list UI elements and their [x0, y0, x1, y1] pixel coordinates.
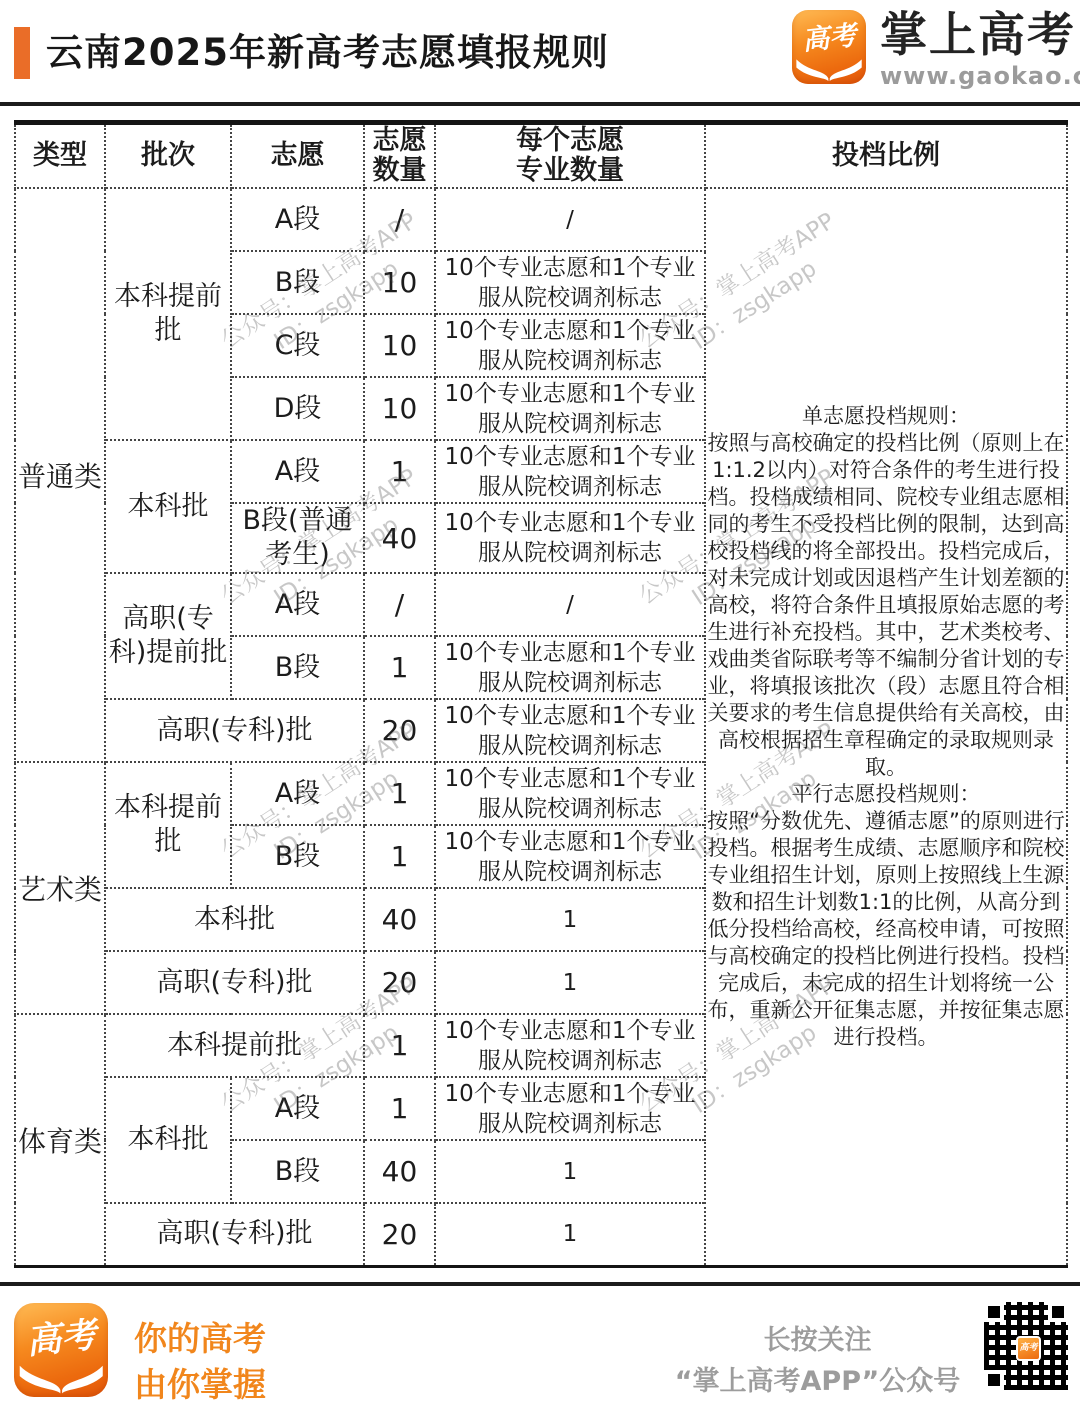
qr-finder-icon — [1048, 1302, 1068, 1322]
cell-majors: 10个专业志愿和1个专业服从院校调剂标志 — [435, 636, 705, 699]
slogan-line-1: 你的高考 — [134, 1316, 266, 1362]
cell-count: 20 — [364, 951, 435, 1014]
cell-segment: B段 — [231, 1140, 364, 1203]
cell-count: 10 — [364, 314, 435, 377]
brand-text: 掌上高考 www.gaokao.cn — [880, 10, 1080, 90]
table-header-row: 类型 批次 志愿 志愿 数量 每个志愿 专业数量 投档比例 — [15, 123, 1067, 189]
cell-segment: A段 — [231, 1077, 364, 1140]
cell-count: 10 — [364, 251, 435, 314]
cell-majors: 10个专业志愿和1个专业服从院校调剂标志 — [435, 762, 705, 825]
cell-segment: B段(普通考生) — [231, 503, 364, 573]
cell-segment: A段 — [231, 573, 364, 636]
cell-batch: 本科提前批 — [105, 188, 231, 440]
brand-url: www.gaokao.cn — [880, 62, 1080, 90]
qr-center-logo: 高考 — [1016, 1336, 1041, 1361]
cell-count: 40 — [364, 1140, 435, 1203]
brand-block: 高考 掌上高考 www.gaokao.cn — [792, 10, 1080, 90]
gaokao-logo-glyph: 高考 — [792, 12, 866, 59]
cell-type-sports: 体育类 — [15, 1014, 105, 1266]
cell-type-general: 普通类 — [15, 188, 105, 762]
qr-finder-icon — [984, 1370, 1004, 1390]
cell-batch-merged: 本科提前批 — [105, 1014, 364, 1077]
poster-canvas: 云南2025年新高考志愿填报规则 高考 掌上高考 www.gaokao.cn 类… — [0, 0, 1080, 1419]
header-divider — [0, 102, 1080, 106]
col-header-majors: 每个志愿 专业数量 — [435, 123, 705, 189]
cell-majors: 10个专业志愿和1个专业服从院校调剂标志 — [435, 440, 705, 503]
cell-count: 20 — [364, 699, 435, 762]
footer-divider — [0, 1282, 1080, 1286]
cell-batch: 高职(专科)提前批 — [105, 573, 231, 699]
cell-segment: D段 — [231, 377, 364, 440]
col-header-segment: 志愿 — [231, 123, 364, 189]
follow-line-1: 长按关注 — [620, 1320, 1015, 1361]
cell-segment: A段 — [231, 188, 364, 251]
cell-majors: 10个专业志愿和1个专业服从院校调剂标志 — [435, 251, 705, 314]
cell-batch: 本科提前批 — [105, 762, 231, 888]
cell-count: 40 — [364, 503, 435, 573]
cell-count: / — [364, 188, 435, 251]
cell-segment: B段 — [231, 825, 364, 888]
cell-majors: 10个专业志愿和1个专业服从院校调剂标志 — [435, 314, 705, 377]
cell-count: 1 — [364, 440, 435, 503]
cell-count: 20 — [364, 1203, 435, 1266]
gaokao-app-icon: 高考 — [792, 10, 866, 84]
cell-majors: 1 — [435, 1203, 705, 1266]
footer-slogan: 你的高考 由你掌握 — [134, 1316, 266, 1408]
cell-majors: 1 — [435, 888, 705, 951]
cell-segment: B段 — [231, 251, 364, 314]
cell-count: 1 — [364, 762, 435, 825]
qr-finder-icon — [984, 1302, 1004, 1322]
cell-majors: / — [435, 573, 705, 636]
cell-segment: C段 — [231, 314, 364, 377]
follow-line-2: “掌上高考APP”公众号 — [620, 1361, 1015, 1402]
open-book-icon — [18, 1364, 104, 1395]
gaokao-app-icon-footer: 高考 — [14, 1303, 108, 1397]
cell-segment: A段 — [231, 440, 364, 503]
col-header-count: 志愿 数量 — [364, 123, 435, 189]
cell-majors: 10个专业志愿和1个专业服从院校调剂标志 — [435, 699, 705, 762]
slogan-line-2: 由你掌握 — [134, 1362, 266, 1408]
col-header-policy: 投档比例 — [705, 123, 1067, 189]
gaokao-logo-glyph: 高考 — [14, 1306, 108, 1366]
cell-majors: 10个专业志愿和1个专业服从院校调剂标志 — [435, 825, 705, 888]
cell-batch-merged: 本科批 — [105, 888, 364, 951]
cell-count: / — [364, 573, 435, 636]
title-accent-bar — [14, 27, 30, 79]
table-row: 普通类 本科提前批 A段 / / 单志愿投档规则： 按照与高校确定的投档比例（原… — [15, 188, 1067, 251]
brand-name: 掌上高考 — [880, 10, 1080, 62]
cell-majors: / — [435, 188, 705, 251]
cell-batch-merged: 高职(专科)批 — [105, 951, 364, 1014]
cell-count: 40 — [364, 888, 435, 951]
col-header-type: 类型 — [15, 123, 105, 189]
qr-code: 高考 — [984, 1302, 1068, 1390]
cell-count: 10 — [364, 377, 435, 440]
cell-type-art: 艺术类 — [15, 762, 105, 1014]
cell-majors: 10个专业志愿和1个专业服从院校调剂标志 — [435, 1014, 705, 1077]
cell-batch: 本科批 — [105, 440, 231, 573]
follow-hint: 长按关注 “掌上高考APP”公众号 — [620, 1320, 1015, 1402]
cell-majors: 10个专业志愿和1个专业服从院校调剂标志 — [435, 1077, 705, 1140]
cell-segment: A段 — [231, 762, 364, 825]
cell-count: 1 — [364, 1014, 435, 1077]
cell-batch-merged: 高职(专科)批 — [105, 699, 364, 762]
cell-majors: 1 — [435, 951, 705, 1014]
cell-majors: 10个专业志愿和1个专业服从院校调剂标志 — [435, 503, 705, 573]
cell-segment: B段 — [231, 636, 364, 699]
rules-table: 类型 批次 志愿 志愿 数量 每个志愿 专业数量 投档比例 普通类 本科提前批 … — [14, 120, 1068, 1268]
col-header-batch: 批次 — [105, 123, 231, 189]
cell-count: 1 — [364, 825, 435, 888]
cell-majors: 10个专业志愿和1个专业服从院校调剂标志 — [435, 377, 705, 440]
cell-policy: 单志愿投档规则： 按照与高校确定的投档比例（原则上在1:1.2以内）对符合条件的… — [705, 188, 1067, 1266]
page-title: 云南2025年新高考志愿填报规则 — [46, 24, 609, 82]
open-book-icon — [795, 58, 863, 83]
cell-count: 1 — [364, 636, 435, 699]
cell-count: 1 — [364, 1077, 435, 1140]
cell-majors: 1 — [435, 1140, 705, 1203]
cell-batch-merged: 高职(专科)批 — [105, 1203, 364, 1266]
cell-batch: 本科批 — [105, 1077, 231, 1203]
